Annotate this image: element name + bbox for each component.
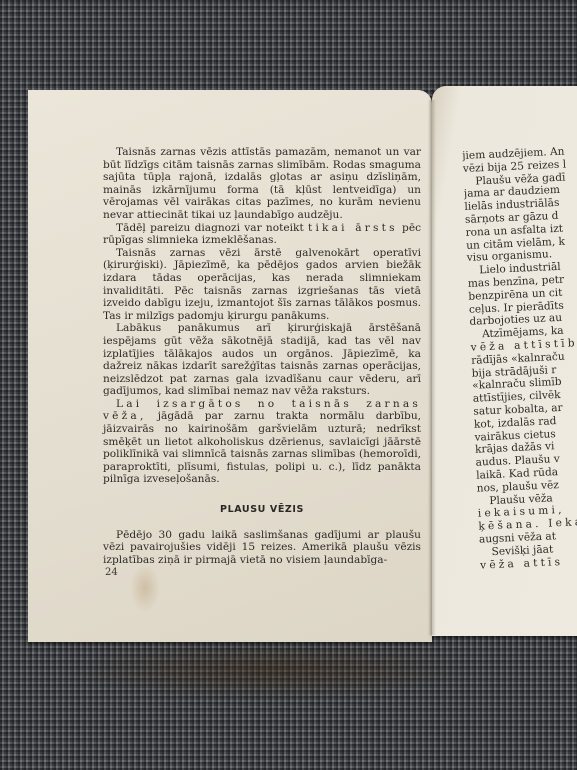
- paper-stain: [130, 563, 160, 613]
- paragraph: Pēdējo 30 gadu laikā saslimšanas gadījum…: [103, 529, 421, 567]
- emphasis-text: tikai ārsts: [308, 222, 398, 234]
- right-page-text: jiem audzējiem. Anvēzi bija 25 reizes lP…: [462, 144, 577, 572]
- paragraph: Taisnās zarnas vēzi ārstē galvenokārt op…: [103, 247, 421, 323]
- text-span: Tādēļ pareizu diagnozi var noteikt: [116, 222, 304, 234]
- paragraph: Taisnās zarnas vēzis attīstās pamazām, n…: [103, 146, 421, 222]
- section-heading: PLAUSU VĒZIS: [103, 504, 421, 517]
- left-page-text: Taisnās zarnas vēzis attīstās pamazām, n…: [103, 146, 421, 566]
- paragraph: Tādēļ pareizu diagnozi var noteikt tikai…: [103, 222, 421, 247]
- paragraph: Lai izsargātos no taisnās zarnas vēža, j…: [103, 398, 421, 486]
- book-gutter: [428, 100, 436, 635]
- paragraph: Labākus panākumus arī ķirurģiskajā ārstē…: [103, 322, 421, 398]
- text-span: jāgādā par zarnu trakta normālu darbību,…: [103, 410, 421, 485]
- page-number: 24: [105, 567, 118, 578]
- book-shadow: [60, 640, 480, 700]
